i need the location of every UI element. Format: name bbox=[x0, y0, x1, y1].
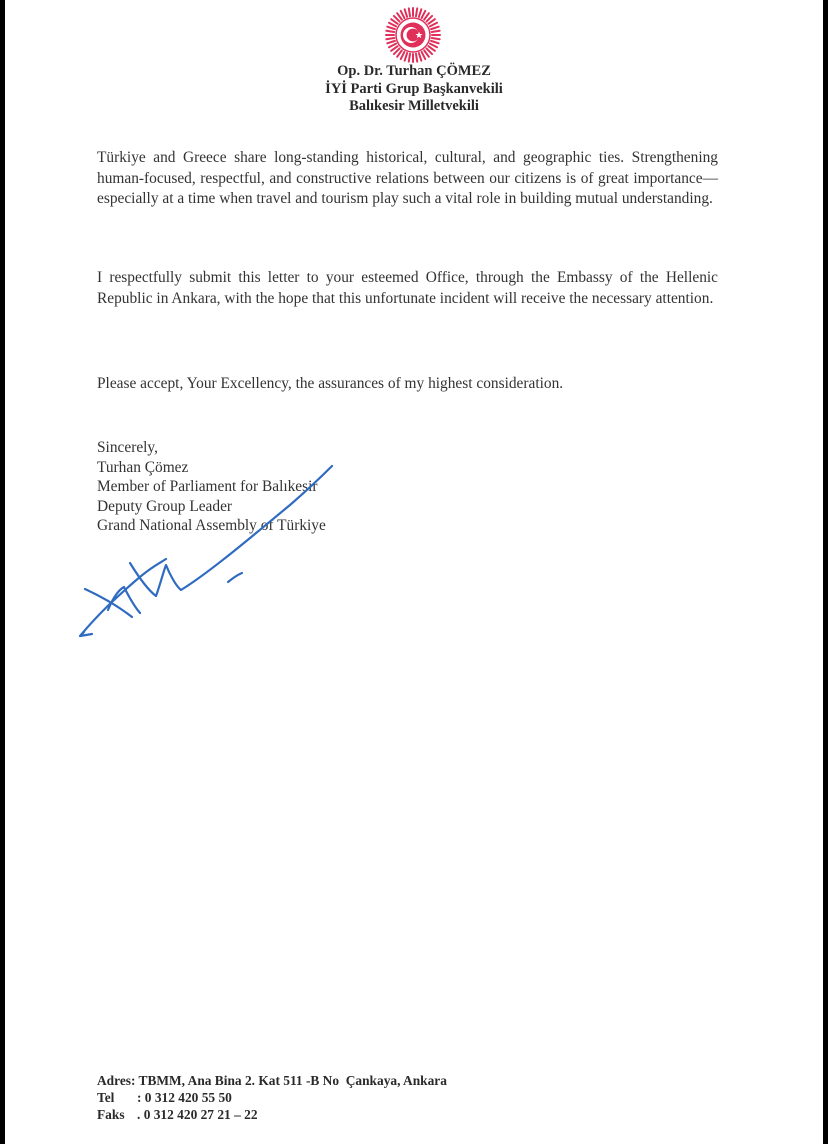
address-label: Adres: bbox=[97, 1072, 135, 1089]
tel-label: Tel bbox=[97, 1089, 137, 1106]
footer-tel-row: Tel: 0 312 420 55 50 bbox=[97, 1089, 447, 1106]
footer-contact: Adres: TBMM, Ana Bina 2. Kat 511 -B No Ç… bbox=[97, 1072, 447, 1123]
closing-block: Sincerely, Turhan Çömez Member of Parlia… bbox=[97, 438, 326, 536]
fax-value: . 0 312 420 27 21 – 22 bbox=[137, 1107, 258, 1122]
scan-border-right bbox=[823, 0, 828, 1144]
signatory-institution: Grand National Assembly of Türkiye bbox=[97, 516, 326, 536]
scan-border-left bbox=[0, 0, 5, 1144]
address-value: TBMM, Ana Bina 2. Kat 511 -B No Çankaya,… bbox=[139, 1073, 447, 1088]
sender-constituency: Balıkesir Milletvekili bbox=[0, 98, 828, 116]
tel-value: : 0 312 420 55 50 bbox=[137, 1090, 232, 1105]
paragraph-submission: I respectfully submit this letter to you… bbox=[97, 268, 718, 309]
paragraph-relations: Türkiye and Greece share long-standing h… bbox=[97, 148, 718, 210]
letterhead: Op. Dr. Turhan ÇÖMEZ İYİ Parti Grup Başk… bbox=[0, 63, 828, 116]
signatory-role: Deputy Group Leader bbox=[97, 497, 326, 517]
footer-fax-row: Faks. 0 312 420 27 21 – 22 bbox=[97, 1106, 447, 1123]
tbmm-seal-icon bbox=[385, 7, 441, 63]
salutation: Sincerely, bbox=[97, 438, 326, 458]
paragraph-courtesy: Please accept, Your Excellency, the assu… bbox=[97, 374, 718, 395]
sender-title: İYİ Parti Grup Başkanvekili bbox=[0, 81, 828, 99]
footer-address-row: Adres: TBMM, Ana Bina 2. Kat 511 -B No Ç… bbox=[97, 1072, 447, 1089]
signatory-name: Turhan Çömez bbox=[97, 458, 326, 478]
sender-name: Op. Dr. Turhan ÇÖMEZ bbox=[0, 63, 828, 81]
fax-label: Faks bbox=[97, 1106, 137, 1123]
signatory-role: Member of Parliament for Balıkesir bbox=[97, 477, 326, 497]
